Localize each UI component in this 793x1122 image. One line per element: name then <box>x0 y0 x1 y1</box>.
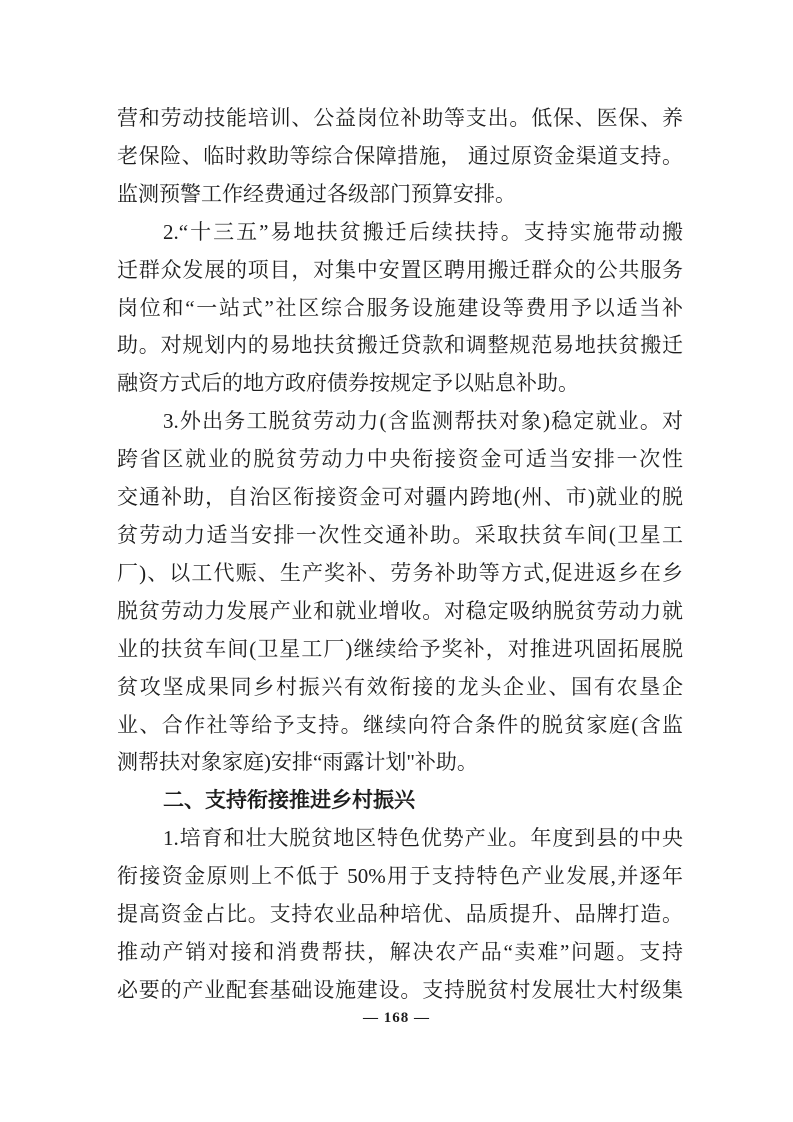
text-line: 助。对规划内的易地扶贫搬迁贷款和调整规范易地扶贫搬迁 <box>117 327 683 365</box>
document-page: 营和劳动技能培训、公益岗位补助等支出。低保、医保、养 老保险、临时救助等综合保障… <box>0 0 793 1122</box>
text-line: 迁群众发展的项目，对集中安置区聘用搬迁群众的公共服务 <box>117 252 683 290</box>
text-line: 测帮扶对象家庭)安排“雨露计划"补助。 <box>117 744 683 782</box>
text-line: 老保险、临时救助等综合保障措施， 通过原资金渠道支持。 <box>117 138 683 176</box>
text-line: 提高资金占比。支持农业品种培优、品质提升、品牌打造。 <box>117 896 683 934</box>
text-line: 监测预警工作经费通过各级部门预算安排。 <box>117 176 683 214</box>
text-line: 脱贫劳动力发展产业和就业增收。对稳定吸纳脱贫劳动力就 <box>117 593 683 631</box>
text-line: 必要的产业配套基础设施建设。支持脱贫村发展壮大村级集 <box>117 972 683 1010</box>
text-line: 营和劳动技能培训、公益岗位补助等支出。低保、医保、养 <box>117 100 683 138</box>
text-line: 2.“十三五”易地扶贫搬迁后续扶持。支持实施带动搬 <box>117 214 683 252</box>
page-number: — 168 — <box>0 1010 793 1027</box>
section-heading: 二、支持衔接推进乡村振兴 <box>117 782 683 820</box>
text-line: 3.外出务工脱贫劳动力(含监测帮扶对象)稳定就业。对 <box>117 403 683 441</box>
text-line: 贫劳动力适当安排一次性交通补助。采取扶贫车间(卫星工 <box>117 517 683 555</box>
paragraph-support-measures: 营和劳动技能培训、公益岗位补助等支出。低保、医保、养 老保险、临时救助等综合保障… <box>117 100 683 214</box>
text-line: 业的扶贫车间(卫星工厂)继续给予奖补，对推进巩固拓展脱 <box>117 631 683 669</box>
text-line: 贫攻坚成果同乡村振兴有效衔接的龙头企业、国有农垦企 <box>117 669 683 707</box>
text-line: 岗位和“一站式”社区综合服务设施建设等费用予以适当补 <box>117 290 683 328</box>
text-line: 推动产销对接和消费帮扶，解决农产品“卖难”问题。支持 <box>117 934 683 972</box>
text-line: 融资方式后的地方政府债券按规定予以贴息补助。 <box>117 365 683 403</box>
text-line: 衔接资金原则上不低于 50%用于支持特色产业发展,并逐年 <box>117 858 683 896</box>
text-line: 业、合作社等给予支持。继续向符合条件的脱贫家庭(含监 <box>117 707 683 745</box>
text-line: 厂)、以工代赈、生产奖补、劳务补助等方式,促进返乡在乡 <box>117 555 683 593</box>
text-block: 营和劳动技能培训、公益岗位补助等支出。低保、医保、养 老保险、临时救助等综合保障… <box>117 100 683 1010</box>
text-line: 1.培育和壮大脱贫地区特色优势产业。年度到县的中央 <box>117 820 683 858</box>
paragraph-employment-stability: 3.外出务工脱贫劳动力(含监测帮扶对象)稳定就业。对 跨省区就业的脱贫劳动力中央… <box>117 403 683 782</box>
paragraph-relocation-support: 2.“十三五”易地扶贫搬迁后续扶持。支持实施带动搬 迁群众发展的项目，对集中安置… <box>117 214 683 404</box>
text-line: 交通补助，自治区衔接资金可对疆内跨地(州、市)就业的脱 <box>117 479 683 517</box>
paragraph-industry-development: 1.培育和壮大脱贫地区特色优势产业。年度到县的中央 衔接资金原则上不低于 50%… <box>117 820 683 1010</box>
section-heading-rural-revitalization: 二、支持衔接推进乡村振兴 <box>117 782 683 820</box>
text-line: 跨省区就业的脱贫劳动力中央衔接资金可适当安排一次性 <box>117 441 683 479</box>
